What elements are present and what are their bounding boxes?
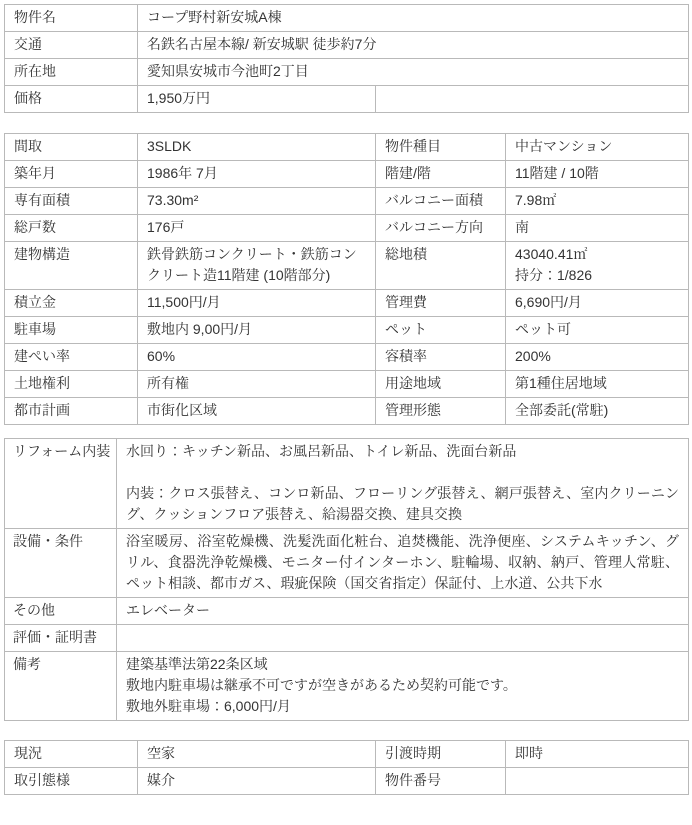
table-row: 評価・証明書 xyxy=(5,625,689,652)
table-row: 設備・条件浴室暖房、浴室乾燥機、洗髪洗面化粧台、追焚機能、洗浄便座、システムキッ… xyxy=(5,529,689,598)
cell-value: 176戸 xyxy=(138,215,376,242)
cell-label: 建ぺい率 xyxy=(5,344,138,371)
cell-line: 43040.41㎡ xyxy=(515,244,679,265)
cell-line: 内装：クロス張替え、コンロ新品、フローリング張替え、網戸張替え、室内クリーニング… xyxy=(126,483,679,525)
status-table: 現況空家引渡時期即時取引態様媒介物件番号 xyxy=(4,740,689,795)
cell-value: 3SLDK xyxy=(138,134,376,161)
cell-value: エレベーター xyxy=(117,598,689,625)
overview-table: 物件名コープ野村新安城A棟交通名鉄名古屋本線/ 新安城駅 徒歩約7分所在地愛知県… xyxy=(4,4,689,113)
table-row: 建物構造鉄骨鉄筋コンクリート・鉄筋コンクリート造11階建 (10階部分)総地積4… xyxy=(5,242,689,290)
cell-value: 11,500円/月 xyxy=(138,290,376,317)
cell-label: 取引態様 xyxy=(5,768,138,795)
cell-value: 所有権 xyxy=(138,371,376,398)
cell-label: ペット xyxy=(376,317,506,344)
table-row: リフォーム内装水回り：キッチン新品、お風呂新品、トイレ新品、洗面台新品内装：クロ… xyxy=(5,439,689,529)
table-row: 専有面積73.30m²バルコニー面積7.98㎡ xyxy=(5,188,689,215)
cell-label: 間取 xyxy=(5,134,138,161)
cell-label: 駐車場 xyxy=(5,317,138,344)
table-row: 所在地愛知県安城市今池町2丁目 xyxy=(5,59,689,86)
table-row: 現況空家引渡時期即時 xyxy=(5,741,689,768)
table-row: 築年月1986年 7月階建/階11階建 / 10階 xyxy=(5,161,689,188)
cell-line xyxy=(126,462,679,483)
cell-label: 管理形態 xyxy=(376,398,506,425)
cell-value: 中古マンション xyxy=(506,134,689,161)
cell-value: 73.30m² xyxy=(138,188,376,215)
cell-value: 名鉄名古屋本線/ 新安城駅 徒歩約7分 xyxy=(138,32,689,59)
cell-label: 物件番号 xyxy=(376,768,506,795)
cell-value: 43040.41㎡持分：1/826 xyxy=(506,242,689,290)
cell-value: 6,690円/月 xyxy=(506,290,689,317)
cell-label: 総戸数 xyxy=(5,215,138,242)
cell-line: 浴室暖房、浴室乾燥機、洗髪洗面化粧台、追焚機能、洗浄便座、システムキッチン、グリ… xyxy=(126,531,679,594)
features-table: リフォーム内装水回り：キッチン新品、お風呂新品、トイレ新品、洗面台新品内装：クロ… xyxy=(4,438,689,721)
table-row: 取引態様媒介物件番号 xyxy=(5,768,689,795)
cell-value: 浴室暖房、浴室乾燥機、洗髪洗面化粧台、追焚機能、洗浄便座、システムキッチン、グリ… xyxy=(117,529,689,598)
table-row: 交通名鉄名古屋本線/ 新安城駅 徒歩約7分 xyxy=(5,32,689,59)
cell-label: 土地権利 xyxy=(5,371,138,398)
cell-value: 空家 xyxy=(138,741,376,768)
table-row: 土地権利所有権用途地域第1種住居地域 xyxy=(5,371,689,398)
table-row: その他エレベーター xyxy=(5,598,689,625)
cell-label: 用途地域 xyxy=(376,371,506,398)
cell-label: 評価・証明書 xyxy=(5,625,117,652)
cell-label: バルコニー面積 xyxy=(376,188,506,215)
cell-value: 200% xyxy=(506,344,689,371)
cell-label: 積立金 xyxy=(5,290,138,317)
cell-label: 価格 xyxy=(5,86,138,113)
cell-value: コープ野村新安城A棟 xyxy=(138,5,689,32)
cell-line: 建築基準法第22条区域 xyxy=(126,654,679,675)
cell-label: 物件名 xyxy=(5,5,138,32)
cell-value: 建築基準法第22条区域敷地内駐車場は継承不可ですが空きがあるため契約可能です。敷… xyxy=(117,652,689,721)
cell-value: 愛知県安城市今池町2丁目 xyxy=(138,59,689,86)
cell-label: 専有面積 xyxy=(5,188,138,215)
cell-value: 南 xyxy=(506,215,689,242)
cell-value: 敷地内 9,00円/月 xyxy=(138,317,376,344)
cell-value: 1,950万円 xyxy=(138,86,376,113)
table-row: 総戸数176戸バルコニー方向南 xyxy=(5,215,689,242)
cell-value: 全部委託(常駐) xyxy=(506,398,689,425)
cell-value: 媒介 xyxy=(138,768,376,795)
cell-label: バルコニー方向 xyxy=(376,215,506,242)
table-row: 駐車場敷地内 9,00円/月ペットペット可 xyxy=(5,317,689,344)
cell-value xyxy=(506,768,689,795)
table-row: 価格1,950万円 xyxy=(5,86,689,113)
cell-label: 所在地 xyxy=(5,59,138,86)
cell-label: 備考 xyxy=(5,652,117,721)
cell-value: 鉄骨鉄筋コンクリート・鉄筋コンクリート造11階建 (10階部分) xyxy=(138,242,376,290)
cell-label: 管理費 xyxy=(376,290,506,317)
cell-label: 交通 xyxy=(5,32,138,59)
cell-line: 敷地外駐車場：6,000円/月 xyxy=(126,696,679,717)
cell-label: 都市計画 xyxy=(5,398,138,425)
cell-label: その他 xyxy=(5,598,117,625)
cell-label: 階建/階 xyxy=(376,161,506,188)
property-listing-page: 物件名コープ野村新安城A棟交通名鉄名古屋本線/ 新安城駅 徒歩約7分所在地愛知県… xyxy=(0,0,692,825)
cell-value: 1986年 7月 xyxy=(138,161,376,188)
cell-line: エレベーター xyxy=(126,600,679,621)
cell-label: 現況 xyxy=(5,741,138,768)
table-row: 物件名コープ野村新安城A棟 xyxy=(5,5,689,32)
cell-value: 市街化区域 xyxy=(138,398,376,425)
cell-label: 容積率 xyxy=(376,344,506,371)
cell-label: 総地積 xyxy=(376,242,506,290)
table-row: 積立金11,500円/月管理費6,690円/月 xyxy=(5,290,689,317)
table-row: 都市計画市街化区域管理形態全部委託(常駐) xyxy=(5,398,689,425)
cell-empty xyxy=(376,86,689,113)
cell-value: 7.98㎡ xyxy=(506,188,689,215)
cell-label: 引渡時期 xyxy=(376,741,506,768)
cell-line: 水回り：キッチン新品、お風呂新品、トイレ新品、洗面台新品 xyxy=(126,441,679,462)
cell-value: 11階建 / 10階 xyxy=(506,161,689,188)
details-table: 間取3SLDK物件種目中古マンション築年月1986年 7月階建/階11階建 / … xyxy=(4,133,689,425)
cell-label: リフォーム内装 xyxy=(5,439,117,529)
cell-line: 敷地内駐車場は継承不可ですが空きがあるため契約可能です。 xyxy=(126,675,679,696)
table-row: 建ぺい率60%容積率200% xyxy=(5,344,689,371)
cell-label: 築年月 xyxy=(5,161,138,188)
cell-value: 第1種住居地域 xyxy=(506,371,689,398)
table-row: 間取3SLDK物件種目中古マンション xyxy=(5,134,689,161)
cell-value: 即時 xyxy=(506,741,689,768)
cell-value: 水回り：キッチン新品、お風呂新品、トイレ新品、洗面台新品内装：クロス張替え、コン… xyxy=(117,439,689,529)
cell-label: 設備・条件 xyxy=(5,529,117,598)
cell-value: 60% xyxy=(138,344,376,371)
cell-value xyxy=(117,625,689,652)
cell-line: 持分：1/826 xyxy=(515,265,679,286)
cell-label: 建物構造 xyxy=(5,242,138,290)
table-row: 備考建築基準法第22条区域敷地内駐車場は継承不可ですが空きがあるため契約可能です… xyxy=(5,652,689,721)
cell-label: 物件種目 xyxy=(376,134,506,161)
cell-value: ペット可 xyxy=(506,317,689,344)
